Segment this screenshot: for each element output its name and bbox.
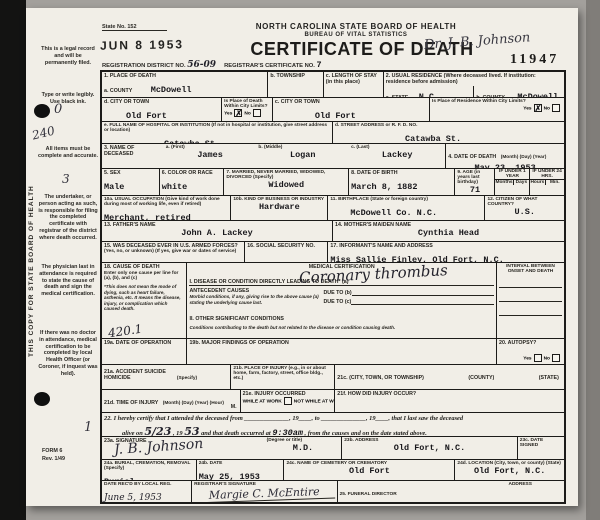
scan-edge-left	[0, 0, 26, 520]
field-residence-county: b. COUNTY McDowell	[473, 86, 564, 97]
residence-limits-no-label: No	[544, 106, 550, 111]
registrar-signature-script: Margie C. McEntire	[194, 485, 335, 502]
reg-district-value: 56-09	[187, 60, 216, 70]
row-operation: 19a. DATE OF OPERATION 19b. MAJOR FINDIN…	[102, 339, 564, 365]
field-how-injury: 21f. HOW DID INJURY OCCUR?	[335, 390, 564, 412]
residence-title: 2. USUAL RESIDENCE (Where deceased lived…	[384, 72, 564, 86]
residence-limits-yes-checkbox: ✗	[534, 104, 542, 112]
field-interval: INTERVAL BETWEEN ONSET AND DEATH	[497, 263, 564, 338]
place-limits-no-checkbox	[253, 109, 261, 117]
residence-state-value: N.C.	[419, 92, 439, 97]
row-name-date-of-death: 3. NAME OF DECEASED a. (First) James b. …	[102, 144, 564, 169]
field-autopsy: 20. AUTOPSY? YesNo	[497, 339, 564, 364]
field-occupation: 10a. USUAL OCCUPATION (Give kind of work…	[102, 196, 231, 220]
residence-limits-yes-label: Yes	[523, 106, 531, 111]
certify-year-handwriting: 53	[184, 425, 199, 436]
not-while-at-work-label: NOT WHILE AT WORK	[294, 399, 336, 404]
field-date-of-death: 4. DATE OF DEATH (Month) (Day) (Year) Ma…	[446, 144, 564, 168]
occupation-label: 10a. USUAL OCCUPATION (Give kind of work…	[104, 197, 228, 207]
age-under1-header: IF UNDER 1 YEAR	[495, 169, 529, 180]
first-name-value: James	[166, 150, 255, 160]
time-of-injury-label: 21d. TIME OF INJURY	[104, 400, 158, 406]
field-residence-state: a. STATE N.C.	[384, 86, 474, 97]
place-city-label: d. CITY OR TOWN	[104, 99, 219, 105]
row-forces-ssn-informant: 15. WAS DECEASED EVER IN U.S. ARMED FORC…	[102, 242, 564, 263]
field-length-of-stay: c. LENGTH OF STAY (in this place)	[324, 72, 384, 97]
hospital-label: e. FULL NAME OF HOSPITAL OR INSTITUTION …	[104, 123, 330, 133]
field-funeral-director: 25. FUNERAL DIRECTOR ADDRESS Westmorelan…	[338, 481, 564, 502]
due-to-c-label: DUE TO (c)	[323, 299, 351, 305]
field-cause-sidebar: 18. CAUSE OF DEATH Enter only one cause …	[102, 263, 187, 338]
certify-line2-mid2: and that death occurred at	[201, 430, 271, 436]
age-label: 9. AGE (in years last birthday)	[457, 170, 492, 185]
place-limits-yes-checkbox: ✗	[234, 109, 242, 117]
field-township: b. TOWNSHIP	[268, 72, 323, 97]
how-injury-label: 21f. HOW DID INJURY OCCUR?	[337, 391, 562, 397]
place-of-injury-label: 21b. PLACE OF INJURY (e.g., in or about …	[233, 366, 332, 381]
row-cause-of-death: 18. CAUSE OF DEATH Enter only one cause …	[102, 263, 564, 339]
place-limits-no-label: No	[244, 111, 250, 116]
file-number: 11947	[510, 52, 559, 68]
cause-code-handwriting: 420.1	[107, 322, 143, 338]
field-cemetery: 24c. NAME OF CEMETERY OR CREMATORY Old F…	[284, 460, 455, 480]
operation-findings-label: 19b. MAJOR FINDINGS OF OPERATION	[189, 340, 494, 346]
residence-city-value: Old Fort	[315, 111, 356, 121]
burial-date-label: 24b. DATE	[199, 461, 282, 466]
age-hours-label: Hours	[530, 180, 544, 185]
business-value: Hardware	[233, 202, 325, 212]
field-injury-occurred: 21e. INJURY OCCURRED WHILE AT WORKNOT WH…	[241, 390, 336, 412]
field-time-of-injury: 21d. TIME OF INJURY (Month) (Day) (Year)…	[102, 390, 241, 412]
autopsy-no-label: No	[544, 356, 550, 361]
ssn-label: 16. SOCIAL SECURITY NO.	[247, 243, 325, 249]
field-mother: 14. MOTHER'S MAIDEN NAME Cynthia Head	[333, 221, 564, 241]
field-burial-type: 24a. BURIAL, CREMATION, REMOVAL (Specify…	[102, 460, 197, 480]
date-of-death-sub: (Month) (Day) (Year)	[501, 155, 547, 160]
accident-specify-label: (Specify)	[177, 376, 197, 381]
operation-date-label: 19a. DATE OF OPERATION	[104, 340, 184, 346]
cause-enter-note: Enter only one cause per line for (a), (…	[104, 271, 184, 281]
injury-city-label: 21c. (CITY, TOWN, OR TOWNSHIP)	[337, 375, 424, 381]
row-place-residence: 1. PLACE OF DEATH a. COUNTY McDowell b. …	[102, 72, 564, 98]
age-min-label: Min.	[545, 180, 564, 185]
cause-line-a: I. DISEASE OR CONDITION DIRECTLY LEADING…	[189, 270, 494, 286]
field-marital-status: 7. MARRIED, NEVER MARRIED, WIDOWED, DIVO…	[224, 169, 349, 195]
time-of-injury-sub: (Month) (Day) (Year) (Hour)	[163, 401, 224, 406]
field-signature: 23a. SIGNATURE J. B. Johnson (Degree or …	[102, 437, 342, 459]
cause-star-note: *This does not mean the mode of dying, s…	[104, 284, 184, 312]
mother-value: Cynthia Head	[335, 228, 562, 238]
funeral-director-label: 25. FUNERAL DIRECTOR	[340, 492, 397, 497]
sex-label: 5. SEX	[104, 170, 157, 176]
autopsy-label: 20. AUTOPSY?	[499, 340, 562, 346]
age-value: 71	[457, 185, 492, 195]
township-label: b. TOWNSHIP	[270, 73, 320, 79]
antecedent-note: Morbid conditions, if any, giving rise t…	[189, 294, 323, 305]
date-of-death-value: May 23, 1953	[448, 163, 562, 168]
reg-district-label: REGISTRATION DISTRICT NO.	[102, 63, 186, 69]
field-date-signed: 23c. DATE SIGNED	[518, 437, 564, 459]
field-registrar-signature: REGISTRAR'S SIGNATURE Margie C. McEntire	[192, 481, 338, 502]
field-business: 10b. KIND OF BUSINESS OR INDUSTRY Hardwa…	[231, 196, 328, 220]
field-date-received: DATE REC'D BY LOCAL REG. June 5, 1953	[102, 481, 192, 502]
street-value: Catawba St.	[405, 134, 461, 143]
registration-line: REGISTRATION DISTRICT NO. 56-09 REGISTRA…	[102, 60, 322, 70]
field-name-of-deceased: 3. NAME OF DECEASED a. (First) James b. …	[102, 144, 446, 168]
interval-blank-2	[499, 288, 562, 302]
signature-script: J. B. Johnson	[114, 437, 204, 458]
certify-alive-date-handwriting: 5/23	[144, 425, 171, 436]
certify-time-value: 9:30am	[272, 428, 303, 436]
field-burial-date: 24b. DATE May 25, 1953	[197, 460, 285, 480]
margin-vertical-text: THIS COPY FOR STATE BOARD OF HEALTH	[28, 166, 35, 376]
signature-address-value: Old Fort, N.C.	[344, 443, 515, 453]
place-county-label: a. COUNTY	[104, 88, 132, 94]
scanned-death-certificate: THIS COPY FOR STATE BOARD OF HEALTH This…	[0, 0, 600, 520]
birth-value: March 8, 1882	[351, 182, 417, 192]
form-revision: Rev. 1/49	[42, 456, 102, 463]
funeral-address-label: ADDRESS	[509, 482, 532, 487]
hole-punch-top	[34, 104, 50, 118]
accident-label: 21a. ACCIDENT SUICIDE HOMICIDE	[104, 369, 172, 381]
margin-note-no-doctor: If there was no doctor in attendance, me…	[38, 330, 98, 377]
date-of-death-label: 4. DATE OF DEATH	[448, 154, 496, 160]
informant-label: 17. INFORMANT'S NAME AND ADDRESS	[330, 243, 562, 249]
while-at-work-checkbox	[284, 397, 292, 405]
org-name: NORTH CAROLINA STATE BOARD OF HEALTH	[226, 22, 486, 31]
citizen-value: U.S.	[487, 207, 562, 217]
registrar-cert-label: REGISTRAR'S CERTIFICATE NO.	[224, 63, 315, 69]
row-hospital-street: e. FULL NAME OF HOSPITAL OR INSTITUTION …	[102, 122, 564, 144]
field-signature-address: 23b. ADDRESS Old Fort, N.C.	[342, 437, 518, 459]
due-to-b-blank	[352, 288, 494, 296]
field-operation-date: 19a. DATE OF OPERATION	[102, 339, 187, 364]
certify-line-2: alive on 5/23 , 19 53 and that death occ…	[104, 424, 562, 436]
last-name-value: Lackey	[351, 150, 443, 160]
interval-label: INTERVAL BETWEEN ONSET AND DEATH	[499, 264, 562, 274]
hospital-value: Catawba St.	[164, 139, 220, 143]
cause-title: 18. CAUSE OF DEATH	[104, 264, 184, 270]
field-birthplace: 11. BIRTHPLACE (State or foreign country…	[328, 196, 485, 220]
field-informant: 17. INFORMANT'S NAME AND ADDRESS Miss Sa…	[328, 242, 564, 262]
field-street-address: d. STREET ADDRESS or R. F. D. NO. Catawb…	[333, 122, 564, 143]
row-registrar: DATE REC'D BY LOCAL REG. June 5, 1953 RE…	[102, 481, 564, 502]
birthplace-value: McDowell Co. N.C.	[350, 208, 437, 218]
margin-note-physician: The physician last in attendance is requ…	[38, 264, 98, 298]
form-number: FORM 6	[42, 448, 102, 455]
field-date-of-birth: 8. DATE OF BIRTH March 8, 1882	[349, 169, 455, 195]
field-age: 9. AGE (in years last birthday) 71 IF UN…	[455, 169, 564, 195]
sex-value: Male	[104, 182, 124, 192]
time-m-label: M.	[231, 404, 237, 410]
margin-note-complete: All items must be complete and accurate.	[38, 146, 98, 160]
field-hospital: e. FULL NAME OF HOSPITAL OR INSTITUTION …	[102, 122, 333, 143]
certify-line2-mid: , 19	[173, 430, 183, 436]
occupation-value: Merchant, retired	[104, 213, 191, 220]
citizen-label: 12. CITIZEN OF WHAT COUNTRY?	[487, 197, 562, 207]
residence-state-label: a. STATE	[386, 95, 408, 97]
margin-handwriting-240: 240	[31, 123, 57, 142]
middle-name-value: Logan	[258, 150, 347, 160]
residence-limits-no-checkbox	[552, 104, 560, 112]
field-residence-limits: Is Place of Residence Within City Limits…	[430, 98, 564, 121]
margin-handwriting-one: 1	[84, 420, 92, 435]
field-accident: 21a. ACCIDENT SUICIDE HOMICIDE (Specify)	[102, 365, 231, 389]
birth-label: 8. DATE OF BIRTH	[351, 170, 452, 176]
field-place-of-injury: 21b. PLACE OF INJURY (e.g., in or about …	[231, 365, 335, 389]
row-certify-statement: 22. I hereby certify that I attended the…	[102, 413, 564, 437]
field-injury-location: 21c. (CITY, TOWN, OR TOWNSHIP) (COUNTY) …	[335, 365, 564, 389]
due-to-b-label: DUE TO (b)	[323, 290, 351, 296]
street-label: d. STREET ADDRESS or R. F. D. NO.	[335, 123, 562, 128]
marital-value: Widowed	[226, 180, 346, 190]
row-sex-race-marital: 5. SEX Male 6. COLOR OR RACE white 7. MA…	[102, 169, 564, 196]
field-place-city: d. CITY OR TOWN Old Fort	[102, 98, 222, 121]
autopsy-no-checkbox	[552, 354, 560, 362]
burial-date-value: May 25, 1953	[199, 472, 260, 480]
autopsy-yes-checkbox	[534, 354, 542, 362]
certify-line-1: 22. I hereby certify that I attended the…	[104, 414, 562, 424]
field-citizen: 12. CITIZEN OF WHAT COUNTRY? U.S.	[485, 196, 564, 220]
row-parents: 13. FATHER'S NAME John A. Lackey 14. MOT…	[102, 221, 564, 242]
field-place-limits: Is Place of Death Within City Limits? Ye…	[222, 98, 273, 121]
autopsy-yes-label: Yes	[523, 356, 531, 361]
field-armed-forces: 15. WAS DECEASED EVER IN U.S. ARMED FORC…	[102, 242, 245, 262]
place-title: 1. PLACE OF DEATH	[104, 73, 265, 79]
field-residence-city: c. CITY OR TOWN Old Fort	[273, 98, 430, 121]
due-to-c-blank	[351, 297, 494, 305]
burial-type-label: 24a. BURIAL, CREMATION, REMOVAL (Specify…	[104, 461, 194, 471]
field-sex: 5. SEX Male	[102, 169, 160, 195]
field-certify-statement: 22. I hereby certify that I attended the…	[102, 413, 564, 436]
degree-value: M.D.	[267, 443, 340, 453]
date-received-handwriting: June 5, 1953	[104, 493, 162, 502]
field-place-county: 1. PLACE OF DEATH a. COUNTY McDowell	[102, 72, 268, 97]
interval-blank-3	[499, 302, 562, 316]
injury-state-label: (STATE)	[539, 375, 559, 381]
date-received-label: DATE REC'D BY LOCAL REG.	[104, 482, 189, 487]
certificate-paper: THIS COPY FOR STATE BOARD OF HEALTH This…	[26, 8, 578, 506]
field-ssn: 16. SOCIAL SECURITY NO.	[245, 242, 328, 262]
place-limits-yes-label: Yes	[224, 111, 232, 116]
field-medical-certification: MEDICAL CERTIFICATION I. DISEASE OR COND…	[187, 263, 497, 338]
other-conditions-note: Conditions contributing to the death but…	[189, 325, 494, 331]
while-at-work-label: WHILE AT WORK	[243, 399, 282, 404]
other-conditions-label: II. OTHER SIGNIFICANT CONDITIONS	[189, 316, 283, 322]
place-city-value: Old Fort	[126, 111, 167, 121]
margin-handwriting-three: 3	[62, 172, 70, 186]
informant-value: Miss Sallie Finley, Old Fort, N.C.	[330, 255, 503, 262]
margin-handwriting-zero: 0	[54, 102, 62, 117]
residence-county-label: b. COUNTY	[476, 95, 505, 97]
birthplace-label: 11. BIRTHPLACE (State or foreign country…	[330, 197, 482, 202]
certify-line2-pre: alive on	[122, 430, 143, 436]
form-grid: 1. PLACE OF DEATH a. COUNTY McDowell b. …	[100, 70, 566, 504]
residence-county-value: McDowell	[517, 92, 558, 97]
margin-note-type: Type or write legibly. Use black ink.	[38, 92, 98, 106]
marital-label: 7. MARRIED, NEVER MARRIED, WIDOWED, DIVO…	[226, 170, 346, 180]
field-residence: 2. USUAL RESIDENCE (Where deceased lived…	[384, 72, 564, 97]
field-father: 13. FATHER'S NAME John A. Lackey	[102, 221, 333, 241]
place-limits-label: Is Place of Death Within City Limits?	[224, 99, 270, 109]
age-days-label: Days	[513, 180, 530, 185]
registrar-cert-value: 7	[317, 60, 322, 70]
age-under24-header: IF UNDER 24 HRS.	[530, 169, 564, 180]
margin-note-undertaker: The undertaker, or person acting as such…	[38, 194, 98, 241]
burial-type-value: Burial	[104, 477, 135, 480]
field-burial-location: 24d. LOCATION (City, town, or county) (S…	[455, 460, 564, 480]
row-city-limits: d. CITY OR TOWN Old Fort Is Place of Dea…	[102, 98, 564, 122]
margin-note-legal: This is a legal record and will be perma…	[38, 46, 98, 66]
race-label: 6. COLOR OR RACE	[162, 170, 222, 176]
row-accident: 21a. ACCIDENT SUICIDE HOMICIDE (Specify)…	[102, 365, 564, 390]
hole-punch-bottom	[34, 392, 50, 406]
row-burial: 24a. BURIAL, CREMATION, REMOVAL (Specify…	[102, 460, 564, 481]
burial-location-value: Old Fort, N.C.	[457, 466, 562, 476]
received-date-stamp: JUN 8 1953	[100, 37, 184, 52]
place-county-value: McDowell	[151, 85, 192, 95]
row-time-of-injury: 21d. TIME OF INJURY (Month) (Day) (Year)…	[102, 390, 564, 413]
cemetery-value: Old Fort	[286, 466, 452, 476]
scan-edge-right	[586, 0, 600, 520]
row-occupation: 10a. USUAL OCCUPATION (Give kind of work…	[102, 196, 564, 221]
stay-label: c. LENGTH OF STAY (in this place)	[326, 73, 381, 85]
father-value: John A. Lackey	[104, 228, 330, 238]
date-signed-label: 23c. DATE SIGNED	[520, 438, 562, 448]
field-race: 6. COLOR OR RACE white	[160, 169, 225, 195]
row-signature: 23a. SIGNATURE J. B. Johnson (Degree or …	[102, 437, 564, 460]
state-number: State No. 152	[102, 24, 167, 31]
residence-city-label: c. CITY OR TOWN	[275, 99, 427, 105]
race-value: white	[162, 182, 188, 192]
injury-county-label: (COUNTY)	[468, 375, 494, 381]
certify-line2-post: , from the causes and on the date stated…	[305, 430, 427, 436]
age-months-label: Months	[495, 180, 512, 185]
forces-sub-label: (Yes, no, or unknown) (If yes, give war …	[104, 249, 242, 254]
interval-blank-1	[499, 274, 562, 288]
field-operation-findings: 19b. MAJOR FINDINGS OF OPERATION	[187, 339, 497, 364]
name-label: 3. NAME OF DECEASED	[104, 145, 162, 157]
